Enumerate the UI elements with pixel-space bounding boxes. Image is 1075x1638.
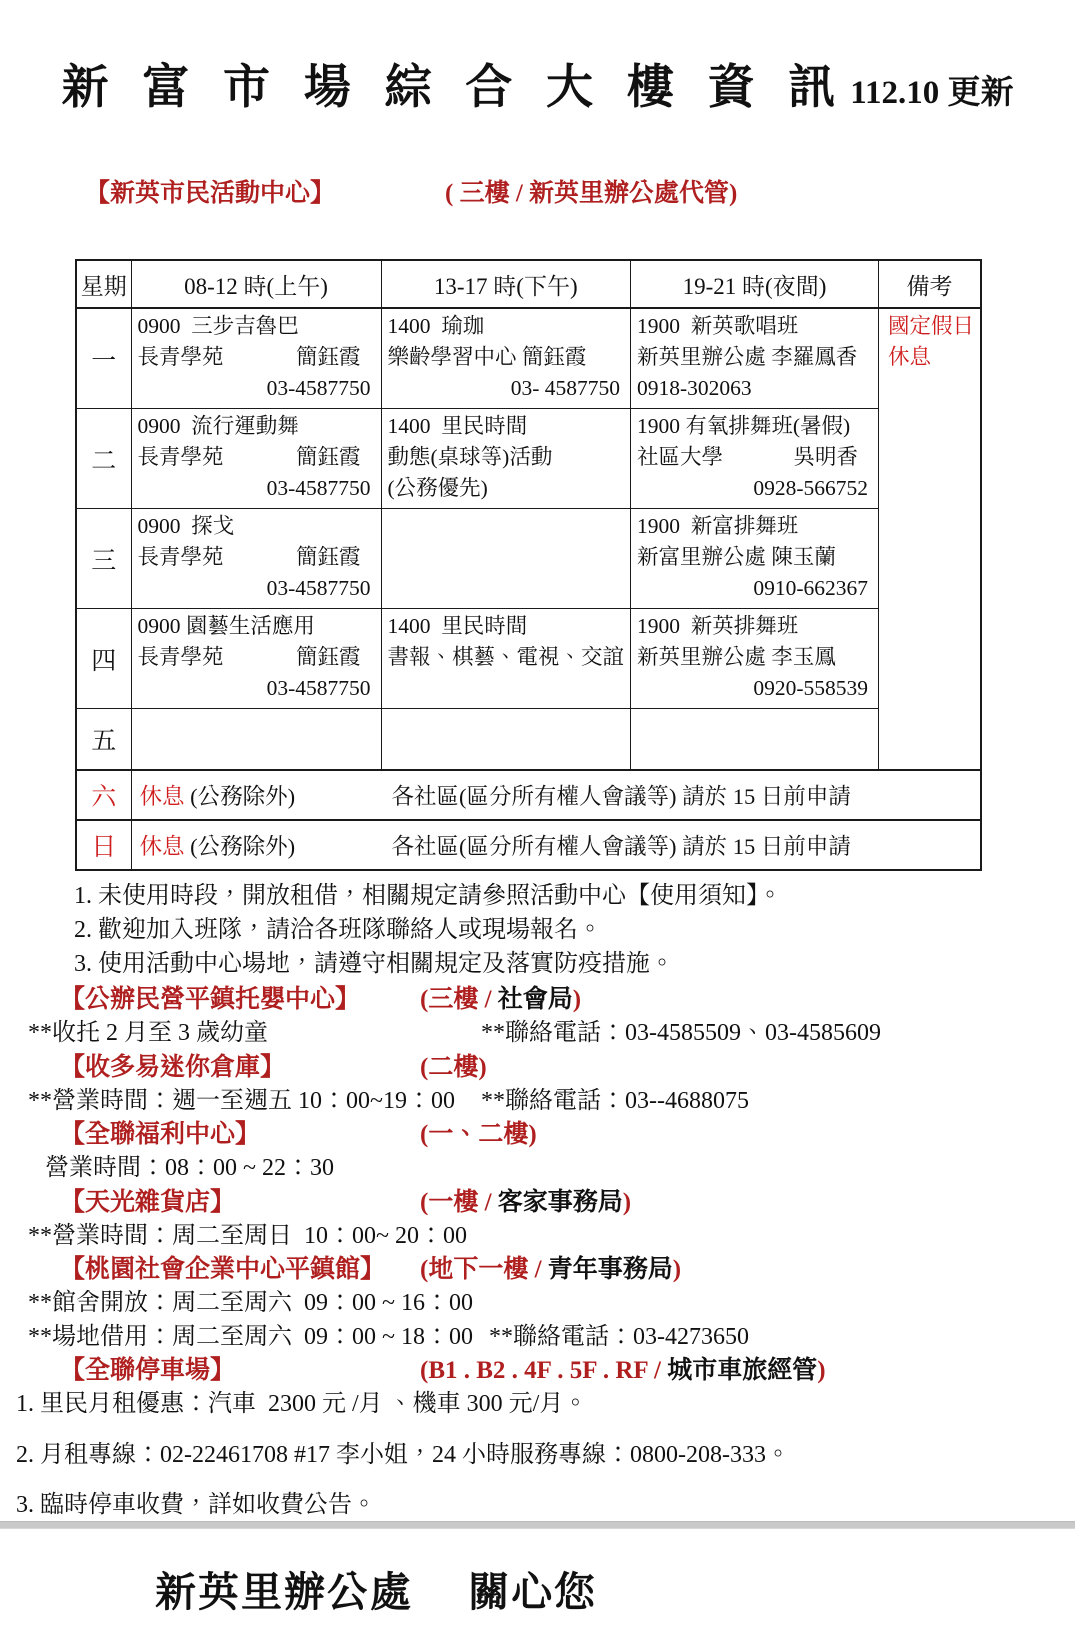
cell-line: 書報、棋藝、電視、交誼 bbox=[388, 642, 625, 673]
section-heading: 【收多易迷你倉庫】(二樓) bbox=[0, 1051, 1075, 1085]
section-title: 【桃園社會企業中心平鎮館】 bbox=[60, 1253, 420, 1287]
weekend-cell: 休息 (公務除外)各社區(區分所有權人會議等) 請於 15 日前申請 bbox=[131, 820, 981, 870]
schedule-cell: 1900 新英排舞班新英里辦公處 李玉鳳0920-558539 bbox=[631, 609, 879, 709]
remark-cell: 國定假日休息 bbox=[879, 308, 982, 770]
section-location: (地下一樓 / 青年事務局) bbox=[420, 1256, 681, 1283]
cell-content: 1900 有氧排舞班(暑假)社區大學吳明香0928-566752 bbox=[631, 409, 878, 508]
location-red-text: (B1 . B2 . 4F . 5F . RF / bbox=[420, 1357, 667, 1384]
location-red-text: ) bbox=[623, 1189, 631, 1216]
remark-line: 國定假日 bbox=[885, 311, 974, 342]
location-red-text: (三樓 / bbox=[420, 986, 498, 1013]
cell-line: 0910-662367 bbox=[637, 573, 872, 604]
document-header: 新 富 市 場 綜 合 大 樓 資 訊 112.10 更新 bbox=[0, 0, 1075, 117]
cell-line: 03-4587750 bbox=[138, 473, 375, 504]
schedule-row: 四0900 園藝生活應用長青學苑簡鈺霞03-45877501400 里民時間書報… bbox=[76, 609, 981, 709]
page-separator bbox=[0, 1521, 1075, 1529]
cell-line: 社區大學吳明香 bbox=[637, 442, 872, 473]
section-line: **館舍開放：周二至周六 09：00 ~ 16：00 bbox=[0, 1287, 1075, 1321]
cell-content: 1900 新富排舞班新富里辦公處 陳玉蘭0910-662367 bbox=[631, 509, 878, 608]
day-cell: 一 bbox=[76, 308, 131, 409]
cell-line: (公務優先) bbox=[388, 473, 625, 504]
weekend-cell: 休息 (公務除外)各社區(區分所有權人會議等) 請於 15 日前申請 bbox=[131, 770, 981, 820]
footer-note: 新英里辦公處 關心您 bbox=[155, 1569, 597, 1615]
location-red-text: (地下一樓 / bbox=[420, 1256, 548, 1283]
page-title: 新 富 市 場 綜 合 大 樓 資 訊 bbox=[62, 50, 847, 117]
cell-content: 0900 園藝生活應用長青學苑簡鈺霞03-4587750 bbox=[132, 609, 381, 708]
day-cell: 三 bbox=[76, 509, 131, 609]
cell-line: 03-4587750 bbox=[138, 673, 375, 704]
org-name: 長青學苑 bbox=[138, 342, 224, 373]
rest-note: (公務除外) bbox=[185, 834, 296, 859]
cell-line: 0928-566752 bbox=[637, 473, 872, 504]
line-part-2: **聯絡電話：03-4273650 bbox=[489, 1321, 749, 1355]
cell-line: 新英里辦公處 李玉鳳 bbox=[637, 642, 872, 673]
day-cell: 六 bbox=[76, 770, 131, 820]
rest-label: 休息 (公務除外) bbox=[132, 829, 392, 861]
line-part-1: **場地借用：周二至周六 09：00 ~ 18：00 bbox=[28, 1321, 473, 1355]
schedule-row: 一0900 三步吉魯巴長青學苑簡鈺霞03-45877501400 瑜珈樂齡學習中… bbox=[76, 308, 981, 409]
note-item: 1. 未使用時段，開放租借，相關規定請參照活動中心【使用須知】。 bbox=[74, 879, 1075, 913]
rest-text: 休息 bbox=[140, 784, 185, 809]
section-heading: 【全聯福利中心】(一、二樓) bbox=[0, 1118, 1075, 1152]
section-title: 【公辦民營平鎮托嬰中心】 bbox=[60, 983, 420, 1017]
column-header: 星期 bbox=[76, 260, 131, 308]
schedule-cell: 1400 瑜珈樂齡學習中心 簡鈺霞03- 4587750 bbox=[381, 308, 631, 409]
section-line: **營業時間：週一至週五 10：00~19：00**聯絡電話：03--46880… bbox=[0, 1085, 1075, 1119]
rest-note: (公務除外) bbox=[185, 784, 296, 809]
column-header: 19-21 時(夜間) bbox=[631, 260, 879, 308]
facility-sections: 【公辦民營平鎮托嬰中心】(三樓 / 社會局)**收托 2 月至 3 歲幼童**聯… bbox=[0, 983, 1075, 1521]
schedule-table-header: 星期08-12 時(上午)13-17 時(下午)19-21 時(夜間)備考 bbox=[76, 260, 981, 308]
cell-content: 0900 探戈長青學苑簡鈺霞03-4587750 bbox=[132, 509, 381, 608]
cell-content bbox=[132, 709, 381, 715]
section-line: 營業時間：08：00 ~ 22：30 bbox=[0, 1152, 1075, 1186]
day-cell: 二 bbox=[76, 409, 131, 509]
location-red-text: (一樓 / bbox=[420, 1189, 498, 1216]
cell-line: 動態(桌球等)活動 bbox=[388, 442, 625, 473]
schedule-cell bbox=[631, 709, 879, 771]
schedule-row: 三0900 探戈長青學苑簡鈺霞03-45877501900 新富排舞班新富里辦公… bbox=[76, 509, 981, 609]
schedule-cell bbox=[381, 709, 631, 771]
cell-content bbox=[382, 509, 631, 515]
schedule-cell: 1900 有氧排舞班(暑假)社區大學吳明香0928-566752 bbox=[631, 409, 879, 509]
cell-line: 03-4587750 bbox=[138, 373, 375, 404]
section-location: (B1 . B2 . 4F . 5F . RF / 城市車旅經管) bbox=[420, 1357, 826, 1384]
section-location: (三樓 / 社會局) bbox=[420, 986, 581, 1013]
cell-line: 長青學苑簡鈺霞 bbox=[138, 542, 375, 573]
location-red-text: ) bbox=[673, 1256, 681, 1283]
location-black-text: 青年事務局 bbox=[548, 1256, 673, 1283]
usage-notes: 1. 未使用時段，開放租借，相關規定請參照活動中心【使用須知】。2. 歡迎加入班… bbox=[74, 879, 1075, 981]
section-heading: 【桃園社會企業中心平鎮館】(地下一樓 / 青年事務局) bbox=[0, 1253, 1075, 1287]
rest-text: 休息 bbox=[140, 834, 185, 859]
section-heading: 【天光雜貨店】(一樓 / 客家事務局) bbox=[0, 1186, 1075, 1220]
cell-content: 1400 里民時間動態(桌球等)活動(公務優先) bbox=[382, 409, 631, 508]
note-item: 3. 使用活動中心場地，請遵守相關規定及落實防疫措施。 bbox=[74, 947, 1075, 981]
org-name: 長青學苑 bbox=[138, 542, 224, 573]
cell-content: 0900 流行運動舞長青學苑簡鈺霞03-4587750 bbox=[132, 409, 381, 508]
cell-content: 1900 新英排舞班新英里辦公處 李玉鳳0920-558539 bbox=[631, 609, 878, 708]
person-name: 簡鈺霞 bbox=[296, 542, 361, 573]
cell-content: 0900 三步吉魯巴長青學苑簡鈺霞03-4587750 bbox=[132, 309, 381, 408]
cell-line: 長青學苑簡鈺霞 bbox=[138, 442, 375, 473]
cell-line: 長青學苑簡鈺霞 bbox=[138, 342, 375, 373]
schedule-cell bbox=[131, 709, 381, 771]
location-red-text: (二樓) bbox=[420, 1054, 487, 1081]
line-part-1: **營業時間：週一至週五 10：00~19：00 bbox=[28, 1085, 465, 1119]
schedule-cell: 1900 新英歌唱班新英里辦公處 李羅鳳香0918-302063 bbox=[631, 308, 879, 409]
line-part-1: **收托 2 月至 3 歲幼童 bbox=[28, 1017, 465, 1051]
section-line: **場地借用：周二至周六 09：00 ~ 18：00**聯絡電話：03-4273… bbox=[0, 1321, 1075, 1355]
person-name: 吳明香 bbox=[794, 442, 859, 473]
section-heading: 【全聯停車場】(B1 . B2 . 4F . 5F . RF / 城市車旅經管) bbox=[0, 1354, 1075, 1388]
location-black-text: 城市車旅經管 bbox=[667, 1357, 817, 1384]
schedule-cell: 0900 園藝生活應用長青學苑簡鈺霞03-4587750 bbox=[131, 609, 381, 709]
schedule-cell: 0900 三步吉魯巴長青學苑簡鈺霞03-4587750 bbox=[131, 308, 381, 409]
schedule-cell: 1900 新富排舞班新富里辦公處 陳玉蘭0910-662367 bbox=[631, 509, 879, 609]
schedule-cell bbox=[381, 509, 631, 609]
location-black-text: 客家事務局 bbox=[498, 1189, 623, 1216]
line-part-2: **聯絡電話：03-4585509、03-4585609 bbox=[481, 1017, 881, 1051]
location-red-text: ( 三樓 / 新英里辦公處代管) bbox=[445, 180, 737, 207]
section-location: (二樓) bbox=[420, 1054, 487, 1081]
location-red-text: ) bbox=[573, 986, 581, 1013]
cell-line: 0900 三步吉魯巴 bbox=[138, 311, 375, 342]
section-line: 1. 里民月租優惠：汽車 2300 元 /月 、機車 300 元/月。 bbox=[0, 1388, 1075, 1422]
cell-line: 長青學苑簡鈺霞 bbox=[138, 642, 375, 673]
activity-center-location: ( 三樓 / 新英里辦公處代管) bbox=[445, 180, 737, 207]
section-heading: 【公辦民營平鎮托嬰中心】(三樓 / 社會局) bbox=[0, 983, 1075, 1017]
cell-line: 0900 流行運動舞 bbox=[138, 411, 375, 442]
column-header: 備考 bbox=[879, 260, 982, 308]
section-title: 【收多易迷你倉庫】 bbox=[60, 1051, 420, 1085]
cell-line: 03- 4587750 bbox=[388, 373, 625, 404]
person-name: 簡鈺霞 bbox=[296, 342, 361, 373]
section-line: 2. 月租專線：02-22461708 #17 李小姐，24 小時服務專線：08… bbox=[0, 1439, 1075, 1473]
section-title: 【全聯停車場】 bbox=[60, 1354, 420, 1388]
day-cell: 日 bbox=[76, 820, 131, 870]
schedule-table: 星期08-12 時(上午)13-17 時(下午)19-21 時(夜間)備考 一0… bbox=[75, 259, 982, 871]
cell-line: 0918-302063 bbox=[637, 373, 872, 404]
cell-content: 1400 瑜珈樂齡學習中心 簡鈺霞03- 4587750 bbox=[382, 309, 631, 408]
remark-content: 國定假日休息 bbox=[879, 309, 980, 377]
cell-content: 1400 里民時間書報、棋藝、電視、交誼 bbox=[382, 609, 631, 677]
section-line: **營業時間：周二至周日 10：00~ 20：00 bbox=[0, 1220, 1075, 1254]
schedule-cell: 1400 里民時間動態(桌球等)活動(公務優先) bbox=[381, 409, 631, 509]
section-location: (一樓 / 客家事務局) bbox=[420, 1189, 631, 1216]
day-cell: 五 bbox=[76, 709, 131, 771]
column-header: 08-12 時(上午) bbox=[131, 260, 381, 308]
request-note: 各社區(區分所有權人會議等) 請於 15 日前申請 bbox=[392, 834, 851, 859]
activity-center-title: 【新英市民活動中心】 bbox=[85, 177, 445, 211]
cell-line: 1400 瑜珈 bbox=[388, 311, 625, 342]
footer-area: 新英里辦公處 關心您 bbox=[0, 1529, 1075, 1618]
cell-line: 1900 有氧排舞班(暑假) bbox=[637, 411, 872, 442]
section-line: 3. 臨時停車收費，詳如收費公告。 bbox=[0, 1489, 1075, 1521]
schedule-cell: 1400 里民時間書報、棋藝、電視、交誼 bbox=[381, 609, 631, 709]
cell-line: 1400 里民時間 bbox=[388, 411, 625, 442]
line-part-2: **聯絡電話：03--4688075 bbox=[481, 1085, 749, 1119]
section-location: (一、二樓) bbox=[420, 1121, 537, 1148]
cell-line: 0920-558539 bbox=[637, 673, 872, 704]
cell-content bbox=[631, 709, 878, 715]
schedule-cell: 0900 流行運動舞長青學苑簡鈺霞03-4587750 bbox=[131, 409, 381, 509]
cell-line: 1900 新富排舞班 bbox=[637, 511, 872, 542]
cell-content bbox=[382, 709, 631, 715]
cell-line: 新富里辦公處 陳玉蘭 bbox=[637, 542, 872, 573]
section-title: 【全聯福利中心】 bbox=[60, 1118, 420, 1152]
cell-line: 1400 里民時間 bbox=[388, 611, 625, 642]
cell-line: 新英里辦公處 李羅鳳香 bbox=[637, 342, 872, 373]
schedule-row: 二0900 流行運動舞長青學苑簡鈺霞03-45877501400 里民時間動態(… bbox=[76, 409, 981, 509]
rest-label: 休息 (公務除外) bbox=[132, 779, 392, 811]
update-note: 112.10 更新 bbox=[850, 66, 1013, 113]
document-page: 新 富 市 場 綜 合 大 樓 資 訊 112.10 更新 【新英市民活動中心】… bbox=[0, 0, 1075, 1521]
cell-content: 1900 新英歌唱班新英里辦公處 李羅鳳香0918-302063 bbox=[631, 309, 878, 408]
section-line: **收托 2 月至 3 歲幼童**聯絡電話：03-4585509、03-4585… bbox=[0, 1017, 1075, 1051]
weekend-row: 六休息 (公務除外)各社區(區分所有權人會議等) 請於 15 日前申請 bbox=[76, 770, 981, 820]
column-header: 13-17 時(下午) bbox=[381, 260, 631, 308]
location-red-text: (一、二樓) bbox=[420, 1121, 537, 1148]
cell-line: 1900 新英歌唱班 bbox=[637, 311, 872, 342]
activity-center-heading: 【新英市民活動中心】( 三樓 / 新英里辦公處代管) bbox=[0, 143, 1075, 245]
cell-line: 0900 園藝生活應用 bbox=[138, 611, 375, 642]
weekend-row: 日休息 (公務除外)各社區(區分所有權人會議等) 請於 15 日前申請 bbox=[76, 820, 981, 870]
org-name: 長青學苑 bbox=[138, 642, 224, 673]
section-title: 【天光雜貨店】 bbox=[60, 1186, 420, 1220]
org-name: 社區大學 bbox=[637, 442, 723, 473]
schedule-cell: 0900 探戈長青學苑簡鈺霞03-4587750 bbox=[131, 509, 381, 609]
note-item: 2. 歡迎加入班隊，請洽各班隊聯絡人或現場報名。 bbox=[74, 913, 1075, 947]
location-black-text: 社會局 bbox=[498, 986, 573, 1013]
schedule-row: 五 bbox=[76, 709, 981, 771]
request-note: 各社區(區分所有權人會議等) 請於 15 日前申請 bbox=[392, 784, 851, 809]
location-red-text: ) bbox=[817, 1357, 825, 1384]
cell-line: 0900 探戈 bbox=[138, 511, 375, 542]
person-name: 簡鈺霞 bbox=[296, 642, 361, 673]
cell-line: 樂齡學習中心 簡鈺霞 bbox=[388, 342, 625, 373]
person-name: 簡鈺霞 bbox=[296, 442, 361, 473]
cell-line: 1900 新英排舞班 bbox=[637, 611, 872, 642]
remark-line: 休息 bbox=[885, 342, 974, 373]
org-name: 長青學苑 bbox=[138, 442, 224, 473]
cell-line: 03-4587750 bbox=[138, 573, 375, 604]
day-cell: 四 bbox=[76, 609, 131, 709]
